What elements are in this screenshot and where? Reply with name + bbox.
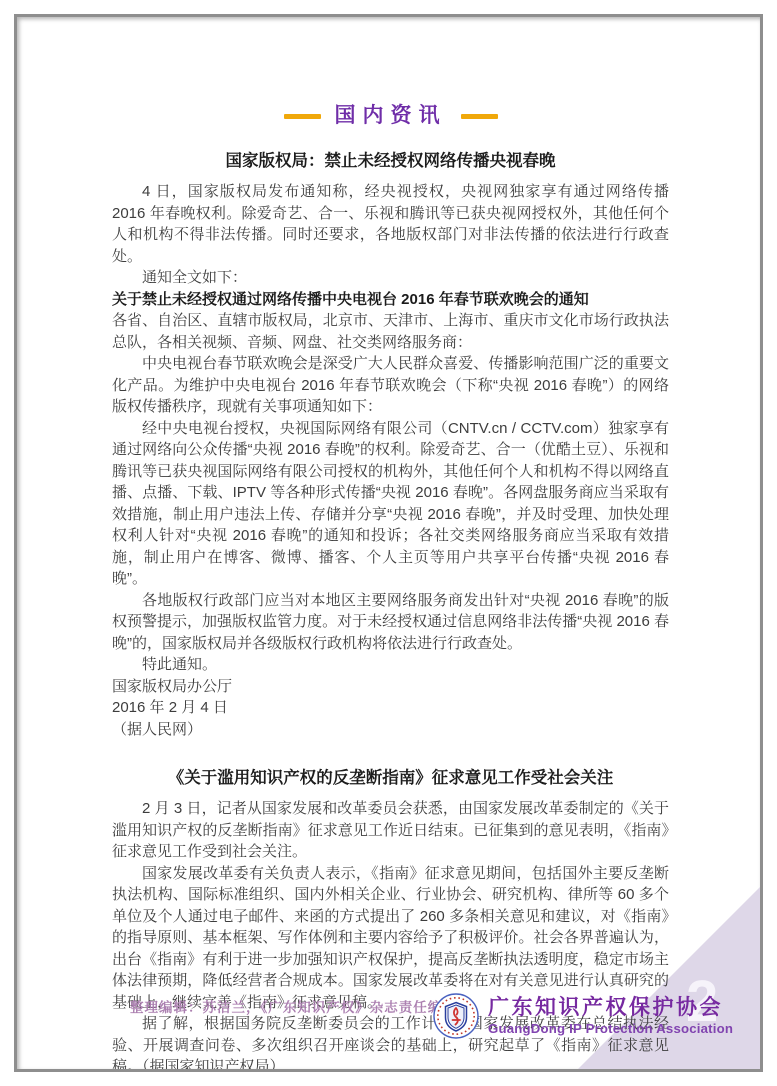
section-title: 国内资讯 [335, 105, 447, 127]
article2-paragraph: 2 月 3 日，记者从国家发展和改革委员会获悉，由国家发展改革委制定的《关于滥用… [112, 798, 669, 863]
notice-salutation: 各省、自治区、直辖市版权局，北京市、天津市、上海市、重庆市文化市场行政执法总队，… [112, 310, 669, 353]
source-note: （据人民网） [112, 719, 669, 741]
notice-paragraph: 特此通知。 [112, 654, 669, 676]
page-frame: 国内资讯 国家版权局：禁止未经授权网络传播央视春晚 4 日，国家版权局发布通知称… [14, 14, 763, 1072]
article1-paragraph: 4 日，国家版权局发布通知称，经央视授权，央视网独家享有通过网络传播 2016 … [112, 181, 669, 267]
notice-paragraph: 中央电视台春节联欢晚会是深受广大人民群众喜爱、传播影响范围广泛的重要文化产品。为… [112, 353, 669, 418]
notice-paragraph: 各地版权行政部门应当对本地区主要网络服务商发出针对“央视 2016 春晚”的版权… [112, 590, 669, 655]
header-dash-left [284, 114, 321, 119]
notice-title: 关于禁止未经授权通过网络传播中央电视台 2016 年春节联欢晚会的通知 [112, 289, 669, 311]
article2-title: 《关于滥用知识产权的反垄断指南》征求意见工作受社会关注 [112, 767, 669, 789]
article2-paragraph: 国家发展改革委有关负责人表示，《指南》征求意见期间，包括国外主要反垄断执法机构、… [112, 863, 669, 1014]
header-dash-right [461, 114, 498, 119]
org-name-en: GuangDong IP Protection Association [488, 1021, 733, 1037]
gdipa-emblem-icon [433, 993, 479, 1039]
section-header: 国内资讯 [112, 103, 669, 129]
article1-title: 国家版权局：禁止未经授权网络传播央视春晚 [112, 150, 669, 172]
article1-paragraph: 通知全文如下： [112, 267, 669, 289]
editor-note: 整理编辑：苏洁兰，《广东知识产权》杂志责任编辑。 [130, 996, 471, 1016]
notice-paragraph: 经中央电视台授权，央视国际网络有限公司（CNTV.cn / CCTV.com）独… [112, 418, 669, 590]
signoff-org: 国家版权局办公厅 [112, 676, 669, 698]
org-name-cn: 广东知识产权保护协会 [488, 996, 733, 1020]
page-content: 国内资讯 国家版权局：禁止未经授权网络传播央视春晚 4 日，国家版权局发布通知称… [112, 103, 669, 1072]
org-footer: 广东知识产权保护协会 GuangDong IP Protection Assoc… [433, 993, 733, 1039]
org-name-block: 广东知识产权保护协会 GuangDong IP Protection Assoc… [488, 996, 733, 1037]
signoff-date: 2016 年 2 月 4 日 [112, 697, 669, 719]
